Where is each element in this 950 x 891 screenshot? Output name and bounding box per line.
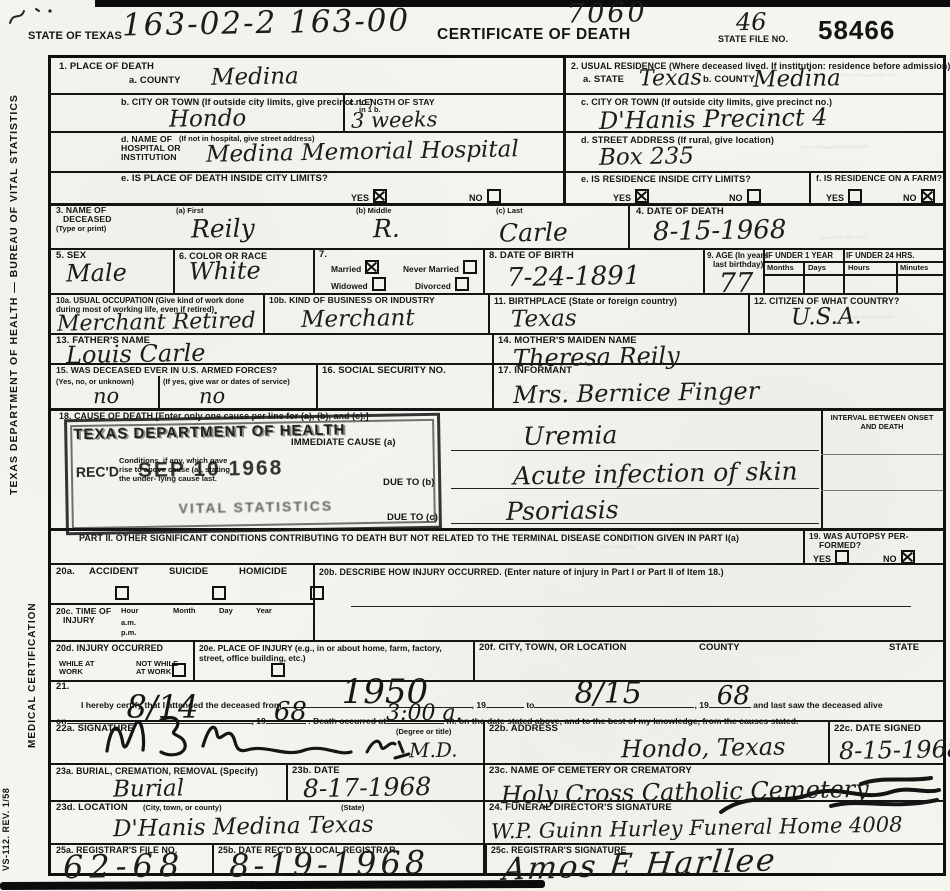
- state-file-number: 58466: [818, 16, 895, 46]
- burial-date-value: 8-17-1968: [303, 774, 432, 801]
- address-label: 22b. ADDRESS: [489, 724, 558, 735]
- place-of-death-title: 1. PLACE OF DEATH: [59, 62, 154, 73]
- date-signed-value: 8-15-1968: [839, 737, 950, 763]
- informant-label: 17. INFORMANT: [498, 366, 572, 377]
- place-county-value: Medina: [211, 65, 299, 90]
- if-under-1yr-label: IF UNDER 1 YEAR: [766, 252, 833, 261]
- autopsy-yes: YES: [813, 550, 849, 564]
- burial-type-label: 23a. BURIAL, CREMATION, REMOVAL (Specify…: [56, 766, 258, 776]
- months-label: Months: [767, 264, 794, 272]
- certify-to-hand: 8/15: [574, 679, 641, 709]
- state-of-texas-label: STATE OF TEXAS: [28, 30, 122, 43]
- bleedthrough-smudge: ∼∼—∼∼: [840, 68, 897, 84]
- registrar-file-value: 62-68: [63, 849, 186, 883]
- stamp-vital-statistics: VITAL STATISTICS: [178, 498, 333, 517]
- days-label: Days: [808, 264, 826, 272]
- marital-widowed: Widowed: [331, 277, 386, 291]
- residence-farm-yes-checkbox: [848, 189, 862, 203]
- month-label: Month: [173, 607, 196, 615]
- age-value: 77: [719, 270, 754, 298]
- homicide-checkbox: [310, 586, 324, 600]
- due-to-b-label: DUE TO (b): [383, 478, 435, 489]
- place-limits-yes-checkbox: [373, 189, 387, 203]
- part2-text: PART II. OTHER SIGNIFICANT CONDITIONS CO…: [79, 533, 739, 543]
- accident-checkbox: [115, 586, 129, 600]
- residence-farm-yes: YES: [826, 189, 862, 203]
- funeral-director-label: 24. FUNERAL DIRECTOR'S SIGNATURE: [489, 803, 672, 814]
- residence-county-value: Medina: [753, 67, 841, 92]
- date-signed-label: 22c. DATE SIGNED: [834, 724, 921, 735]
- middle-name-value: R.: [373, 216, 400, 241]
- injury-state-label: STATE: [889, 643, 919, 654]
- homicide-label: HOMICIDE: [239, 567, 287, 578]
- minutes-label: Minutes: [900, 264, 928, 272]
- hand-number-46: 46: [736, 10, 767, 35]
- place-limits-no-checkbox: [487, 189, 501, 203]
- hours-label: Hours: [848, 264, 870, 272]
- divorced-checkbox: [455, 277, 469, 291]
- place-city-value: Hondo: [169, 107, 247, 131]
- bleedthrough-smudge: ∼—∼∼: [850, 310, 896, 326]
- residence-state-value: Texas: [639, 67, 702, 90]
- marital-married: Married: [331, 260, 379, 274]
- never-married-checkbox: [463, 260, 477, 274]
- immediate-cause-value: Uremia: [523, 422, 618, 449]
- while-at-work-label-2: WORK: [59, 668, 83, 676]
- received-stamp: TEXAS DEPARTMENT OF HEALTH REC'D SEP 10 …: [64, 413, 442, 536]
- hand-registration-numbers: 163-02-2 163-00: [122, 5, 411, 41]
- funeral-director-flourish: [711, 772, 946, 820]
- registrar-date-value: 8-19-1968: [229, 846, 430, 881]
- describe-injury-label: 20b. DESCRIBE HOW INJURY OCCURRED. (Ente…: [319, 567, 724, 577]
- sex-value: Male: [66, 260, 127, 285]
- pen-scribble-topleft: [6, 3, 66, 27]
- residence-limits-label: e. IS RESIDENCE INSIDE CITY LIMITS?: [581, 174, 751, 184]
- not-while-label-2: AT WORK: [136, 668, 171, 676]
- hour-label: Hour: [121, 607, 139, 615]
- suicide-label: SUICIDE: [169, 567, 208, 578]
- ssn-label: 16. SOCIAL SECURITY NO.: [322, 366, 446, 377]
- date-of-death-value: 8-15-1968: [653, 217, 787, 245]
- length-of-stay-value: 3 weeks: [351, 109, 438, 132]
- address-value: Hondo, Texas: [621, 735, 786, 762]
- marital-never-married: Never Married: [403, 260, 477, 274]
- pm-label: p.m.: [121, 629, 136, 637]
- residence-state-label: a. STATE: [583, 75, 624, 86]
- last-name-value: Carle: [499, 219, 568, 245]
- residence-street-value: Box 235: [599, 145, 694, 170]
- residence-limits-yes: YES: [613, 189, 649, 203]
- place-of-injury-label: 20e. PLACE OF INJURY (e.g., in or about …: [199, 643, 461, 663]
- marital-label: 7.: [319, 250, 327, 261]
- am-label: a.m.: [121, 619, 136, 627]
- father-value: Louis Carle: [66, 341, 206, 367]
- immediate-cause-label: IMMEDIATE CAUSE (a): [291, 438, 396, 449]
- place-city-label: b. CITY OR TOWN (If outside city limits,…: [121, 97, 373, 107]
- name-label-3: (Type or print): [56, 225, 106, 233]
- suicide-checkbox: [212, 586, 226, 600]
- injury-city-label: 20f. CITY, TOWN, OR LOCATION: [479, 643, 627, 654]
- injury-num: 20a.: [56, 567, 75, 578]
- bleedthrough-smudge: ∼∼—∼: [560, 385, 606, 401]
- dob-label: 8. DATE OF BIRTH: [489, 251, 574, 262]
- form-grid: 1. PLACE OF DEATH a. COUNTY Medina b. CI…: [48, 55, 946, 876]
- not-while-checkbox: [271, 663, 285, 677]
- time-of-injury-label-2: INJURY: [63, 616, 95, 626]
- dob-value: 7-24-1891: [507, 263, 641, 291]
- margin-form-number: VS-112. REV. 1/58: [1, 726, 11, 871]
- stamp-recd-label: REC'D: [76, 463, 119, 480]
- due-to-c-label: DUE TO (c): [387, 513, 438, 524]
- armed-forces-label: 15. WAS DECEASED EVER IN U.S. ARMED FORC…: [56, 366, 277, 376]
- occupation-value: Merchant Retired: [57, 310, 256, 335]
- hand-number-7060: 7060: [567, 0, 648, 28]
- death-certificate: STATE OF TEXAS 163-02-2 163-00 CERTIFICA…: [0, 0, 950, 891]
- injury-county-label: COUNTY: [699, 643, 740, 654]
- bleedthrough-smudge: —∼∼: [600, 540, 635, 556]
- married-checkbox: [365, 260, 379, 274]
- residence-limits-no-checkbox: [747, 189, 761, 203]
- autopsy-yes-checkbox: [835, 550, 849, 564]
- widowed-checkbox: [372, 277, 386, 291]
- last-name-label: (c) Last: [496, 207, 523, 215]
- stamp-date: SEP 10 1968: [138, 456, 284, 483]
- state-file-no-label: STATE FILE NO.: [718, 34, 788, 44]
- birthplace-value: Texas: [511, 307, 577, 331]
- burial-type-value: Burial: [113, 777, 185, 801]
- location-note-city: (City, town, or county): [143, 804, 222, 812]
- accident-label: ACCIDENT: [89, 567, 139, 578]
- autopsy-no-checkbox: [901, 550, 915, 564]
- certify-year1-hand: 68: [717, 683, 750, 709]
- residence-farm-no-checkbox: [921, 189, 935, 203]
- hospital-value: Medina Memorial Hospital: [206, 138, 519, 166]
- place-county-label: a. COUNTY: [129, 76, 181, 87]
- birthplace-label: 11. BIRTHPLACE (State or foreign country…: [494, 296, 677, 306]
- location-value: D'Hanis Medina Texas: [113, 814, 374, 842]
- due-to-b-value: Acute infection of skin: [513, 459, 798, 489]
- place-limits-label: e. IS PLACE OF DEATH INSIDE CITY LIMITS?: [121, 174, 328, 185]
- residence-county-label: b. COUNTY: [703, 75, 755, 86]
- interval-label: INTERVAL BETWEEN ONSET AND DEATH: [829, 414, 935, 432]
- hospital-label-3: INSTITUTION: [121, 152, 177, 162]
- autopsy-no: NO: [883, 550, 915, 564]
- year-label: Year: [256, 607, 272, 615]
- bleedthrough-smudge: —∼∼—: [820, 230, 868, 246]
- first-name-value: Reily: [191, 215, 255, 241]
- residence-limits-no: NO: [729, 189, 761, 203]
- race-value: White: [189, 258, 261, 283]
- certify-num: 21.: [56, 682, 70, 693]
- residence-farm-label: f. IS RESIDENCE ON A FARM?: [816, 174, 942, 184]
- residence-limits-yes-checkbox: [635, 189, 649, 203]
- margin-medical-certification-label: MEDICAL CERTIFICATION: [27, 488, 38, 748]
- place-limits-yes: YES: [351, 189, 387, 203]
- residence-farm-no: NO: [903, 189, 935, 203]
- physician-signature: [99, 706, 439, 764]
- location-label: 23d. LOCATION: [56, 803, 128, 814]
- armed-forces-answer2: no: [199, 386, 226, 407]
- due-to-c-value: Psoriasis: [506, 497, 619, 524]
- residence-city-value: D'Hanis Precinct 4: [599, 105, 828, 133]
- margin-dept-label: TEXAS DEPARTMENT OF HEALTH — BUREAU OF V…: [8, 95, 20, 495]
- armed-forces-note2: (If yes, give war or dates of service): [163, 378, 290, 386]
- cemetery-label: 23c. NAME OF CEMETERY OR CREMATORY: [489, 766, 692, 777]
- marital-divorced: Divorced: [415, 277, 469, 291]
- if-under-24hr-label: IF UNDER 24 HRS.: [846, 252, 914, 261]
- place-limits-no: NO: [469, 189, 501, 203]
- day-label: Day: [219, 607, 233, 615]
- armed-forces-answer1: no: [93, 386, 120, 407]
- injury-occurred-label: 20d. INJURY OCCURRED: [56, 643, 163, 653]
- informant-value: Mrs. Bernice Finger: [513, 379, 760, 407]
- industry-value: Merchant: [301, 307, 415, 332]
- registrar-signature-value: Amos E Harllee: [501, 845, 778, 886]
- bleedthrough-smudge: ∼—∼—∼∼: [800, 139, 870, 155]
